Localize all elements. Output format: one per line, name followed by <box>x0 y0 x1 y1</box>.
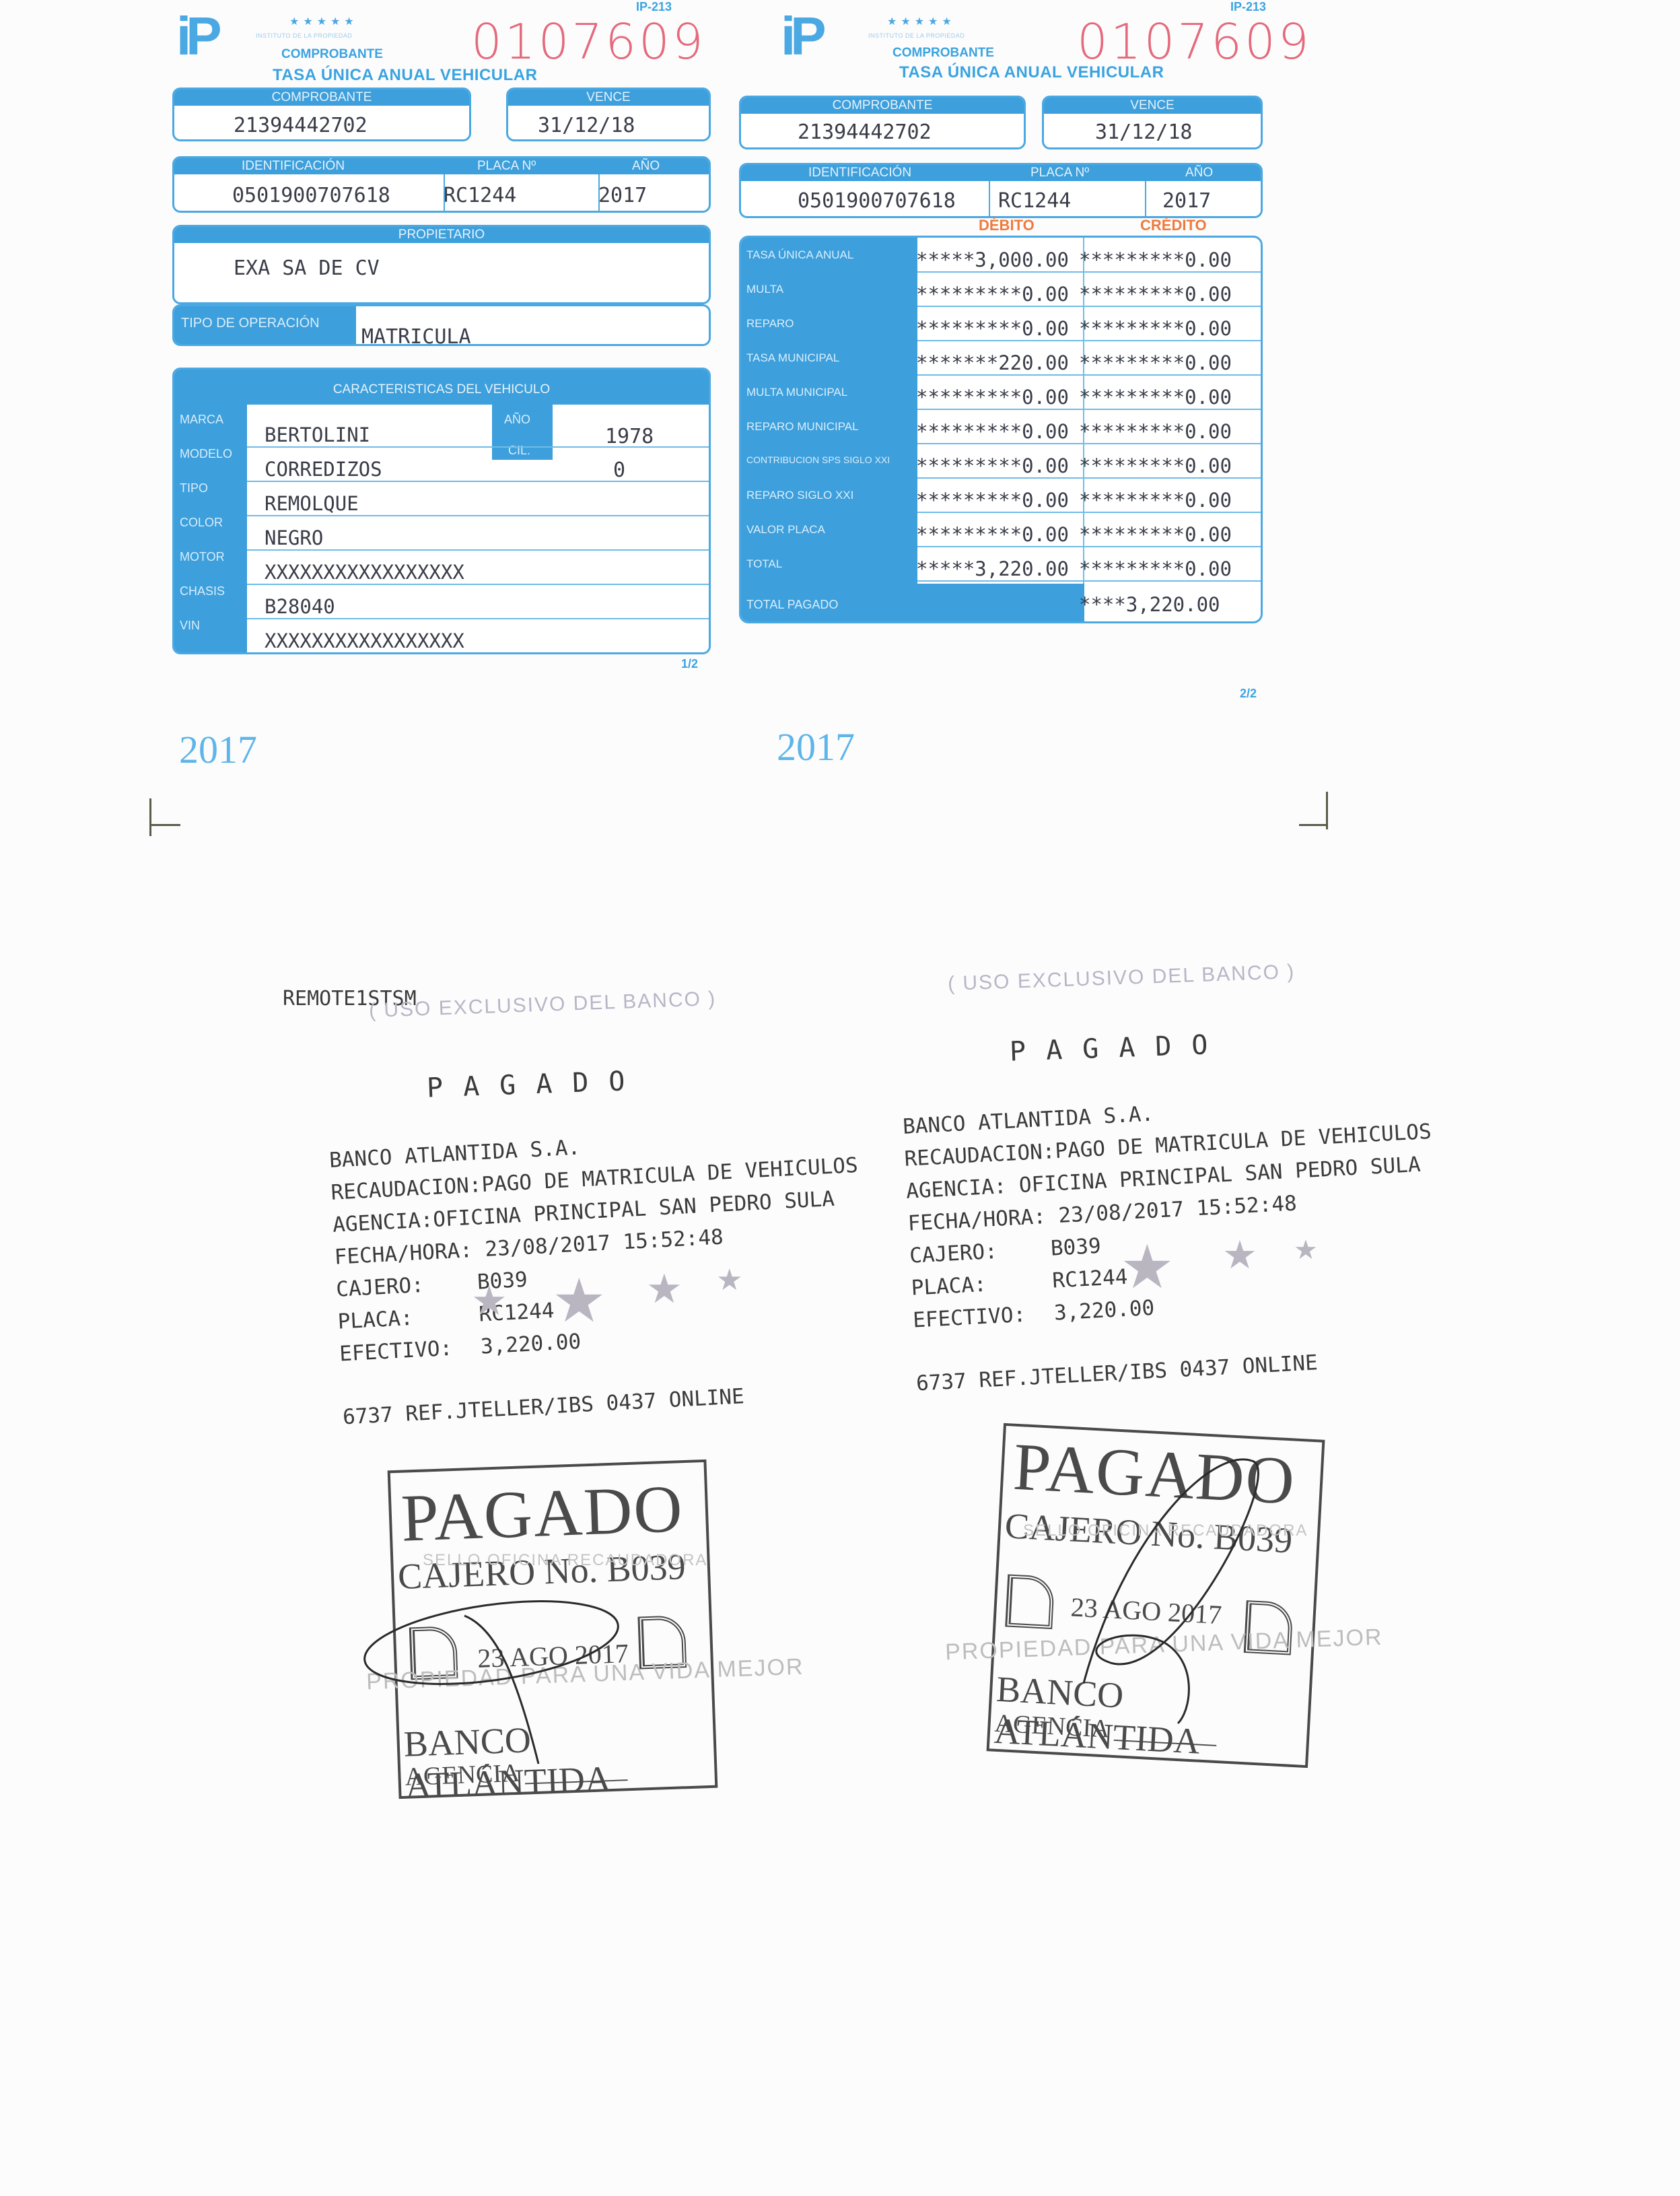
vehicle-cil-value: 0 <box>613 458 625 482</box>
vehicle-field-label: VIN <box>180 619 200 633</box>
charge-label: REPARO SIGLO XXI <box>746 489 853 502</box>
credito-value: *********0.00 <box>1079 351 1232 374</box>
star-icon: ★ <box>1294 1235 1318 1266</box>
stars-icon: ★★★★★ <box>887 15 956 28</box>
uso-exclusivo-label: ( USO EXCLUSIVO DEL BANCO ) <box>948 961 1296 996</box>
form-title: TASA ÚNICA ANUAL VEHICULAR <box>273 66 537 85</box>
crop-mark <box>1299 824 1327 826</box>
tipo-operacion-value: MATRICULA <box>361 325 471 346</box>
propietario-label: PROPIETARIO <box>174 227 709 243</box>
identificacion-box: IDENTIFICACIÓN PLACA Nº AÑO 050190070761… <box>739 163 1263 218</box>
tipo-operacion-box: TIPO DE OPERACIÓN MATRICULA <box>172 304 711 346</box>
identificacion-header: IDENTIFICACIÓN PLACA Nº AÑO <box>741 165 1261 181</box>
propietario-box: PROPIETARIO EXA SA DE CV <box>172 225 711 304</box>
vehicle-field-value: B28040 <box>265 595 335 618</box>
debito-value: *********0.00 <box>916 523 1069 546</box>
charge-label: TASA MUNICIPAL <box>746 351 839 365</box>
charge-label: CONTRIBUCION SPS SIGLO XXI <box>746 454 890 465</box>
comprobante-box: COMPROBANTE 21394442702 <box>739 96 1026 149</box>
charges-table: TASA ÚNICA ANUAL*****3,000.00*********0.… <box>739 236 1263 623</box>
institute-name: INSTITUTO DE LA PROPIEDAD <box>868 32 965 39</box>
serial-number: 0107609 <box>1077 13 1312 70</box>
identificacion-value: 0501900707618 <box>798 189 956 213</box>
vence-box: VENCE 31/12/18 <box>1042 96 1263 149</box>
placa-value: RC1244 <box>444 184 516 207</box>
vehicle-field-label: MOTOR <box>180 550 225 564</box>
debito-value: *********0.00 <box>916 386 1069 409</box>
anio-label: AÑO <box>1185 165 1213 181</box>
vence-value: 31/12/18 <box>538 114 635 137</box>
vehicle-field-value: NEGRO <box>265 526 323 549</box>
credito-value: *********0.00 <box>1079 248 1232 271</box>
vehicle-anio-value: 1978 <box>605 425 654 448</box>
anio-value: 2017 <box>1162 189 1211 213</box>
star-icon: ★ <box>646 1266 682 1313</box>
identificacion-value: 0501900707618 <box>232 184 390 207</box>
placa-value: RC1244 <box>998 189 1071 213</box>
comprobante-value: 21394442702 <box>234 114 367 137</box>
vehicle-field-value: XXXXXXXXXXXXXXXXX <box>265 629 464 652</box>
status-pagado: PAGADO <box>426 1065 645 1103</box>
sello-label: SELLO OFICINA RECAUDADORA <box>423 1551 707 1570</box>
charge-label: REPARO MUNICIPAL <box>746 420 859 434</box>
star-icon: ★ <box>1222 1232 1257 1278</box>
charge-label: REPARO <box>746 317 794 331</box>
vehicle-field-value: BERTOLINI <box>265 423 370 446</box>
vence-box: VENCE 31/12/18 <box>506 88 711 141</box>
placa-value: RC1244 <box>1052 1265 1129 1293</box>
tipo-operacion-label: TIPO DE OPERACIÓN <box>181 316 320 331</box>
year-watermark: 2017 <box>179 727 257 772</box>
vehicle-anio-label: AÑO <box>504 413 530 427</box>
vehicle-field-label: COLOR <box>180 516 223 530</box>
vehicle-field-label: CHASIS <box>180 584 225 598</box>
debito-value: *********0.00 <box>916 283 1069 306</box>
star-icon: ★ <box>716 1263 742 1297</box>
comprobante-heading: COMPROBANTE <box>281 47 383 62</box>
credito-value: *********0.00 <box>1079 386 1232 409</box>
vehicle-field-value: CORREDIZOS <box>265 458 382 481</box>
comprobante-value: 21394442702 <box>798 121 932 144</box>
charge-label: TASA ÚNICA ANUAL <box>746 248 853 262</box>
ip-logo-icon: iP <box>781 9 835 58</box>
star-icon: ★ <box>552 1266 606 1336</box>
comprobante-heading: COMPROBANTE <box>893 46 994 61</box>
vehicle-field-label: MARCA <box>180 413 223 427</box>
cajero-value: B039 <box>1050 1234 1101 1261</box>
signature <box>363 1602 633 1804</box>
credito-value: *********0.00 <box>1079 420 1232 443</box>
charge-label: MULTA MUNICIPAL <box>746 386 847 399</box>
total-pagado-label: TOTAL PAGADO <box>746 598 838 612</box>
signature <box>1043 1427 1312 1723</box>
anio-label: AÑO <box>632 158 660 174</box>
star-icon: ★ <box>1120 1232 1175 1303</box>
credito-value: *********0.00 <box>1079 489 1232 512</box>
placa-label: PLACA Nº <box>477 158 536 174</box>
caracteristicas-box: CARACTERISTICAS DEL VEHICULO AÑO CIL. 19… <box>172 368 711 654</box>
vence-label: VENCE <box>1044 98 1261 114</box>
credito-value: *********0.00 <box>1079 523 1232 546</box>
serial-number: 0107609 <box>471 13 706 70</box>
credito-value: *********0.00 <box>1079 557 1232 580</box>
crop-mark <box>149 798 151 836</box>
comprobante-label: COMPROBANTE <box>174 90 469 106</box>
page-indicator: 1/2 <box>681 657 698 671</box>
identificacion-header: IDENTIFICACIÓN PLACA Nº AÑO <box>174 158 709 174</box>
placa-label: PLACA Nº <box>1030 165 1089 181</box>
institute-name: INSTITUTO DE LA PROPIEDAD <box>256 32 352 39</box>
vehicle-field-label: MODELO <box>180 447 232 461</box>
identificacion-box: IDENTIFICACIÓN PLACA Nº AÑO 050190070761… <box>172 156 711 213</box>
debito-value: *********0.00 <box>916 489 1069 512</box>
uso-exclusivo-label: ( USO EXCLUSIVO DEL BANCO ) <box>369 988 717 1023</box>
status-pagado: PAGADO <box>1009 1029 1228 1067</box>
credito-value: *********0.00 <box>1079 317 1232 340</box>
ip-logo-icon: iP <box>176 9 230 58</box>
stamp-title: PAGADO <box>400 1475 685 1552</box>
page-indicator: 2/2 <box>1240 687 1257 701</box>
credito-value: *********0.00 <box>1079 454 1232 477</box>
star-icon: ★ <box>471 1278 508 1325</box>
debito-value: *********0.00 <box>916 317 1069 340</box>
propietario-value: EXA SA DE CV <box>234 256 380 280</box>
identificacion-label: IDENTIFICACIÓN <box>242 159 345 173</box>
total-pagado-value: ****3,220.00 <box>1079 593 1220 616</box>
charge-label: MULTA <box>746 283 783 296</box>
vehicle-field-value: XXXXXXXXXXXXXXXXX <box>265 561 464 584</box>
credito-label: CRÉDITO <box>1140 217 1207 234</box>
form-title: TASA ÚNICA ANUAL VEHICULAR <box>899 63 1164 82</box>
vehicle-field-label: TIPO <box>180 481 208 495</box>
comprobante-label: COMPROBANTE <box>741 98 1024 114</box>
vehicle-field-value: REMOLQUE <box>265 492 359 515</box>
debito-value: *****3,000.00 <box>916 248 1069 271</box>
identificacion-label: IDENTIFICACIÓN <box>808 166 911 180</box>
comprobante-box: COMPROBANTE 21394442702 <box>172 88 471 141</box>
vence-value: 31/12/18 <box>1095 121 1193 144</box>
charge-label: TOTAL <box>746 557 782 571</box>
form-code: IP-213 <box>1230 0 1266 14</box>
form-code: IP-213 <box>636 0 672 14</box>
caracteristicas-label: CARACTERISTICAS DEL VEHICULO <box>174 370 709 405</box>
debito-value: *****3,220.00 <box>916 557 1069 580</box>
crop-mark <box>149 824 180 826</box>
debito-value: *********0.00 <box>916 454 1069 477</box>
debito-label: DÉBITO <box>979 217 1035 234</box>
stars-icon: ★★★★★ <box>289 15 358 28</box>
charge-label: VALOR PLACA <box>746 523 825 537</box>
vence-label: VENCE <box>508 90 709 106</box>
year-watermark: 2017 <box>777 724 855 769</box>
debito-value: *********0.00 <box>916 420 1069 443</box>
debito-value: *******220.00 <box>916 351 1069 374</box>
anio-value: 2017 <box>598 184 647 207</box>
credito-value: *********0.00 <box>1079 283 1232 306</box>
